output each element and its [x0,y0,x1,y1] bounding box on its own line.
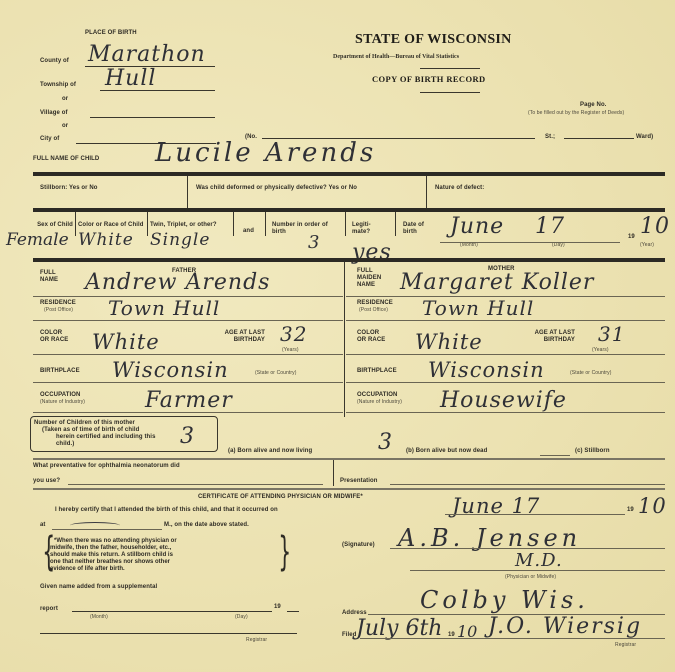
state-title: STATE OF WISCONSIN [355,32,512,48]
county-value: Marathon [88,42,206,67]
father-birthplace-label: BIRTHPLACE [40,368,80,375]
note-line-3: should make this return. A stillborn chi… [50,552,173,559]
record-title: COPY OF BIRTH RECORD [372,74,486,84]
legitimate-label: Legiti-mate? [352,222,388,236]
physician-caption: (Physician or Midwife) [505,574,556,580]
color-value: White [78,230,134,250]
children-label-line-3: herein certified and including this [56,434,156,441]
birth-certificate-document: PLACE OF BIRTH County of Marathon Townsh… [0,0,675,672]
dead-label: (b) Born alive but now dead [406,448,487,455]
father-age-label: AGE AT LAST BIRTHDAY [195,330,265,344]
children-total-value: 3 [180,424,195,449]
mother-residence-label: RESIDENCE [357,300,393,307]
children-label-line-2: (Taken as of time of birth of child [42,427,139,434]
father-color-label: COLOR OR RACE [40,330,70,344]
father-years-caption: (Years) [282,347,299,353]
child-name-value: Lucile Arends [155,138,376,168]
and-label: and [243,228,254,235]
county-label: County of [40,58,69,65]
year-caption: (Year) [640,242,654,248]
mother-age-label: AGE AT LAST BIRTHDAY [505,330,575,344]
address-value: Colby Wis. [420,586,589,614]
city-label: City of [40,136,59,143]
certify-year-prefix: 19 [627,507,634,514]
father-name-value: Andrew Arends [85,270,270,295]
department-name: Department of Health—Bureau of Vital Sta… [333,54,459,60]
report-year-prefix: 19 [274,604,281,611]
father-occupation-value: Farmer [145,388,233,413]
father-birthplace-value: Wisconsin [112,358,229,382]
deformed-label: Was child deformed or physically defecti… [196,185,366,192]
mother-color-value: White [415,330,483,354]
or-text-2: or [62,123,68,130]
mother-birthplace-value: Wisconsin [428,358,545,382]
report-label: report [40,606,58,613]
certify-text: I hereby certify that I attended the bir… [55,507,278,514]
township-label: Township of [40,82,76,89]
signature-label: (Signature) [342,542,375,549]
note-line-4: one that neither breathes nor shows othe… [50,559,170,566]
stillborn-label: Stillborn: Yes or No [40,185,100,192]
village-label: Village of [40,110,68,117]
note-line-1: *When there was no attending physician o… [54,538,177,545]
signature-title-value: M.D. [515,550,563,571]
place-of-birth-heading: PLACE OF BIRTH [85,30,137,37]
father-age-value: 32 [280,322,307,346]
color-race-label: Color or Race of Child [78,222,146,229]
twin-label: Twin, Triplet, or other? [150,222,230,229]
filed-label: Filed [342,632,357,639]
preventative-question-line-2: you use? [33,478,60,485]
living-label: (a) Born alive and now living [228,448,312,455]
at-label: at [40,522,46,529]
report-month-caption: (Month) [90,614,108,620]
sex-label: Sex of Child [37,222,73,229]
mother-name-label: FULL MAIDEN NAME [357,268,391,289]
registrar-sub-caption: Registrar [615,642,636,648]
father-birthplace-sub: (State or Country) [255,370,297,376]
child-name-label: FULL NAME OF CHILD [33,156,99,163]
page-no-label: Page No. [580,102,606,109]
father-color-value: White [92,330,160,354]
father-residence-label: RESIDENCE [40,300,76,307]
twin-value: Single [150,230,210,250]
mother-birthplace-label: BIRTHPLACE [357,368,397,375]
time-text: M., on the date above stated. [164,522,249,529]
stillborn-count-label: (c) Stillborn [575,448,610,455]
mother-residence-sub: (Post Office) [359,307,388,313]
registrar-signature-value: J.O. Wiersig [488,614,642,639]
birth-order-label: Number in order of birth [272,222,340,236]
father-occupation-label: OCCUPATION [40,392,80,399]
time-scribble [70,522,120,529]
page-no-note: (To be filled out by the Register of Dee… [528,110,624,116]
township-value: Hull [105,66,156,91]
dob-year-value: 10 [640,214,670,239]
dob-day-value: 17 [535,214,565,239]
note-line-2: midwife, then the father, householder, e… [50,545,171,552]
mother-color-label: COLOR OR RACE [357,330,387,344]
children-label-line-4: child.) [56,441,74,448]
presentation-label: Presentation [340,478,378,485]
year-prefix: 19 [628,234,635,241]
father-name-label: FULL NAME [40,270,64,284]
mother-occupation-label: OCCUPATION [357,392,397,399]
sex-value: Female [6,230,69,250]
mother-occupation-sub: (Nature of Industry) [357,399,402,405]
registrar-caption: Registrar [246,637,267,643]
date-of-birth-label: Date of birth [403,222,439,236]
mother-occupation-value: Housewife [440,388,567,413]
report-day-caption: (Day) [235,614,248,620]
children-label-line-1: Number of Children of this mother [34,420,135,427]
mother-age-value: 31 [598,322,625,346]
note-line-5: evidence of life after birth. [50,566,125,573]
ward-label: Ward) [636,134,653,141]
mother-years-caption: (Years) [592,347,609,353]
or-text-1: or [62,96,68,103]
certificate-heading: CERTIFICATE OF ATTENDING PHYSICIAN OR MI… [198,494,363,501]
father-residence-value: Town Hull [108,296,220,320]
mother-birthplace-sub: (State or Country) [570,370,612,376]
note-brace-right: } [278,532,291,572]
given-name-text: Given name added from a supplemental [40,584,157,591]
preventative-question-line-1: What preventative for ophthalmia neonato… [33,463,180,470]
street-label: St.; [545,134,555,141]
father-occupation-sub: (Nature of Industry) [40,399,85,405]
mother-residence-value: Town Hull [422,296,534,320]
dob-month-value: June [450,214,504,239]
defect-label: Nature of defect: [435,185,484,192]
mother-name-value: Margaret Koller [400,270,594,295]
living-value: 3 [378,430,393,455]
certify-year-value: 10 [638,494,667,518]
father-residence-sub: (Post Office) [44,307,73,313]
birth-order-value: 3 [308,232,320,253]
